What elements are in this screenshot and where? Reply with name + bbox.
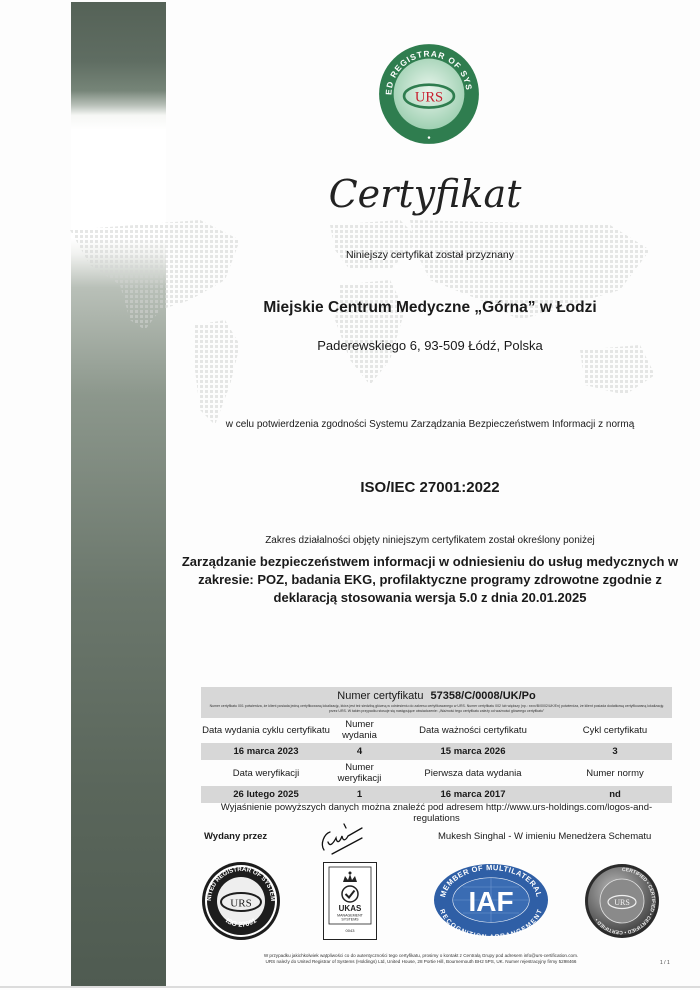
details-label: Numer weryfikacji	[331, 761, 388, 785]
urs-logo: UNITED REGISTRAR OF SYSTEMS URS	[377, 42, 481, 146]
details-label: Pierwsza data wydania	[388, 761, 558, 785]
details-label: Cykl certyfikatu	[558, 718, 672, 742]
svg-text:URS: URS	[415, 89, 443, 105]
bottom-rule	[0, 986, 700, 988]
scope-intro: Zakres działalności objęty niniejszym ce…	[160, 535, 700, 546]
footer-text: W przypadku jakichkolwiek wątpliwości co…	[201, 953, 641, 965]
details-value: 16 marca 2017	[388, 786, 558, 803]
details-value: 3	[558, 743, 672, 760]
certificate-details: Numer certyfikatu 57358/C/0008/UK/Po Num…	[201, 687, 672, 804]
certificate-title: Certyfikat	[0, 172, 700, 216]
purpose-text: w celu potwierdzenia zgodności Systemu Z…	[160, 419, 700, 430]
granted-text: Niniejszy certyfikat został przyznany	[160, 249, 700, 261]
page-number: 1 / 1	[660, 960, 670, 966]
certificate-number-header: Numer certyfikatu 57358/C/0008/UK/Po Num…	[201, 687, 672, 718]
details-value: 1	[331, 786, 388, 803]
details-label: Numer wydania	[331, 718, 388, 742]
footer-line-2: URS należy do United Registrar of System…	[201, 959, 641, 965]
svg-text:0043: 0043	[346, 928, 356, 933]
details-label: Numer normy	[558, 761, 672, 785]
details-grid: Data wydania cyklu certyfikatu Numer wyd…	[201, 718, 672, 804]
explanation-text: Wyjaśnienie powyższych danych można znal…	[201, 802, 672, 824]
svg-text:UKAS: UKAS	[339, 904, 362, 913]
organization-address: Paderewskiego 6, 93-509 Łódź, Polska	[160, 338, 700, 353]
certified-seal: CERTIFIED • CERTIFIED • CERTIFIED • CERT…	[584, 863, 660, 939]
certificate-number-label: Numer certyfikatu	[337, 690, 423, 702]
organization-name: Miejskie Centrum Medyczne „Górna” w Łodz…	[160, 299, 700, 317]
details-value: 16 marca 2023	[201, 743, 331, 760]
scope-text: Zarządzanie bezpieczeństwem informacji w…	[160, 553, 700, 607]
details-label: Data wydania cyklu certyfikatu	[201, 718, 331, 742]
iaf-mla-logo: MEMBER OF MULTILATERAL RECOGNITION ARRAN…	[433, 863, 549, 937]
svg-text:URS: URS	[230, 898, 251, 910]
svg-text:IAF: IAF	[468, 886, 513, 917]
urs-iso-27001-logo: UNITED REGISTRAR OF SYSTEMS ISO 27001 UR…	[201, 861, 281, 941]
issued-by-label: Wydany przez	[204, 831, 267, 842]
details-label: Data weryfikacji	[201, 761, 331, 785]
svg-text:SYSTEMS: SYSTEMS	[341, 918, 359, 922]
details-value: 26 lutego 2025	[201, 786, 331, 803]
certificate-page: UNITED REGISTRAR OF SYSTEMS URS Certyfik…	[0, 0, 700, 990]
certificate-number: 57358/C/0008/UK/Po	[431, 690, 536, 702]
details-value: 4	[331, 743, 388, 760]
certificate-number-note: Numer certyfikatu 001 potwierdza, że kli…	[205, 704, 668, 714]
details-value: 15 marca 2026	[388, 743, 558, 760]
details-label: Data ważności certyfikatu	[388, 718, 558, 742]
signature	[318, 820, 364, 858]
standard-name: ISO/IEC 27001:2022	[160, 479, 700, 496]
details-value: nd	[558, 786, 672, 803]
svg-text:URS: URS	[614, 898, 630, 907]
ukas-logo: UKAS MANAGEMENT SYSTEMS 0043	[323, 862, 377, 940]
signer-name: Mukesh Singhal - W imieniu Menedżera Sch…	[438, 831, 651, 842]
decorative-band	[71, 2, 166, 987]
